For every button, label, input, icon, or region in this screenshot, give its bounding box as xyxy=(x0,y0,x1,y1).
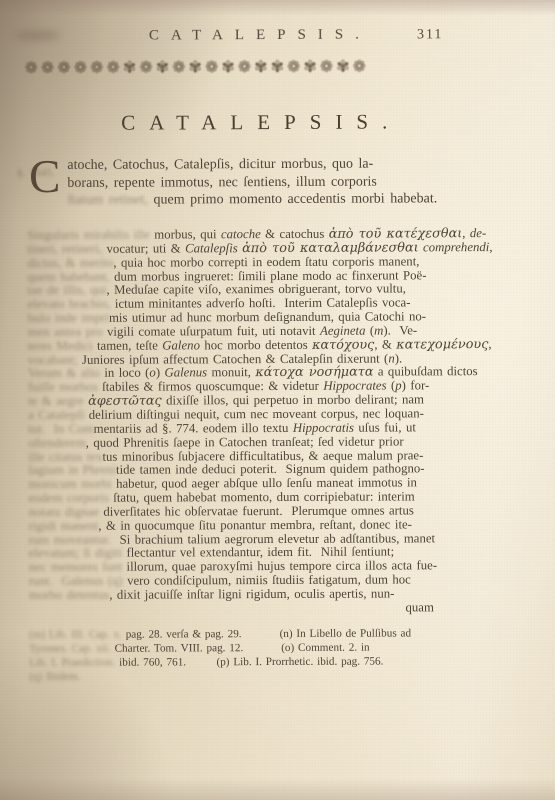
line-text: , quia hoc morbo correpti in eodem ſtatu… xyxy=(113,254,419,269)
intro-line: atoche, Catochus, Catalepſis, dicitur mo… xyxy=(27,155,484,174)
faded-fragment: fuiſſe morbos xyxy=(28,380,98,394)
faded-fragment: elevatum; ſi digiti xyxy=(29,546,122,560)
line-text: , Meduſae capite viſo, exanimes obriguer… xyxy=(106,282,406,297)
line-text: flectantur vel extendantur, idem fit. Ni… xyxy=(122,545,394,560)
faded-fragment: (q) Ibidem. xyxy=(29,671,80,683)
intro-line: borans, repente immotus, nec ſentiens, i… xyxy=(27,173,484,192)
faded-fragment: Singularis mirabilis ille xyxy=(27,228,150,243)
line-text: habetur, quod aeger abſque ullo ſenſu ma… xyxy=(112,476,417,491)
faded-fragment: ille citatus tex xyxy=(28,449,102,463)
faded-fragment: elevato brachio, xyxy=(28,297,111,311)
intro-line-text: quem primo momento accedentis morbi habe… xyxy=(148,191,437,207)
margin-section-note: §. 1045. xyxy=(17,165,55,183)
faded-fragment: te & aegre xyxy=(28,394,84,408)
faded-fragment: (m) Lib. III. Cap. x. xyxy=(29,629,122,641)
page-title: CATALEPSIS. xyxy=(27,109,482,136)
footnote-text: Charter. Tom. VIII. pag. 12. (o) Comment… xyxy=(111,642,370,655)
faded-fragment: teres Medici xyxy=(28,339,93,353)
line-text: tamen, teſte Galeno hoc morbo detentos κ… xyxy=(93,337,492,353)
body-text-block: Singularis mirabilis ille morbus, qui ca… xyxy=(27,227,486,617)
page-content: CATALEPSIS. 311 ❁❁❁❁❁❁✾❁✾❁✾❁✾❁✾✾❁✾❁✾❁ CA… xyxy=(0,0,555,800)
faded-fragment: tineri, retineri, xyxy=(27,242,102,256)
running-title: CATALEPSIS. xyxy=(26,26,481,45)
footnotes-block: (m) Lib. III. Cap. x. pag. 28. verſa & p… xyxy=(29,626,486,684)
faded-fragment: nec memores ſunt xyxy=(29,560,122,574)
footnote-line: (q) Ibidem. xyxy=(29,668,486,684)
faded-fragment: rum moveantur. xyxy=(29,532,111,546)
faded-fragment: monicum morbi xyxy=(28,477,111,491)
faded-fragment: eodem corporis xyxy=(28,491,109,505)
faded-fragment: Tyrones. Cap. xii. xyxy=(29,643,111,655)
faded-fragment: morbo detentus xyxy=(29,588,110,602)
page-header: CATALEPSIS. 311 xyxy=(26,26,481,48)
line-text: tide tamen inde deduci poterit. Signum q… xyxy=(116,462,425,477)
faded-fragment: Lib. I. Praediction. xyxy=(29,657,115,669)
faded-fragment: tae de illis, qui xyxy=(27,283,106,297)
faded-fragment: ſtatum retinet, xyxy=(67,193,148,208)
faded-fragment: quem habebant, xyxy=(27,269,109,283)
faded-fragment: ſagium in Phreni xyxy=(28,463,116,477)
line-text: ſtatu, quem habebat momento, dum corripi… xyxy=(109,489,415,504)
book-page-photo: CATALEPSIS. 311 ❁❁❁❁❁❁✾❁✾❁✾❁✾❁✾✾❁✾❁✾❁ CA… xyxy=(0,0,555,800)
faded-fragment: tur. In Com xyxy=(28,422,94,436)
faded-fragment: a Catalepſi xyxy=(28,408,84,422)
faded-fragment: bulo inde impri xyxy=(28,311,109,325)
faded-fragment: dictus, & merito xyxy=(27,255,113,269)
faded-fragment: runt. Galenus (q) xyxy=(29,574,123,588)
faded-fragment: oſtenderem xyxy=(28,435,86,449)
line-text: , dixit jacuiſſe inſtar ligni rigidum, o… xyxy=(109,586,394,601)
footnote-list: (m) Lib. III. Cap. x. pag. 28. verſa & p… xyxy=(29,626,486,684)
faded-fragment: Verum & alio xyxy=(28,366,100,380)
footnote-text: pag. 28. verſa & pag. 29. (n) In Libello… xyxy=(122,627,411,640)
faded-fragment: men antea pro xyxy=(28,325,103,339)
line-text: vocatur; uti & Catalepſis ἀπὸ τοῦ καταλα… xyxy=(102,240,493,256)
body-paragraph: Singularis mirabilis ille morbus, qui ca… xyxy=(27,227,486,603)
footnote-text: ibid. 760, 761. (p) Lib. I. Prorrhetic. … xyxy=(115,656,383,669)
fleuron-ornament-band: ❁❁❁❁❁❁✾❁✾❁✾❁✾❁✾✾❁✾❁✾❁ xyxy=(25,56,449,77)
faded-fragment: notatu dignae xyxy=(28,505,99,519)
page-number: 311 xyxy=(417,27,444,43)
line-text: vero condiſcipulum, nimiis ſtudiis fatig… xyxy=(123,573,411,588)
faded-fragment: vocabant; xyxy=(28,352,78,366)
catchword: quam xyxy=(29,601,486,617)
intro-line: ſtatum retinet, quem primo momento acced… xyxy=(27,190,484,209)
intro-paragraph: §. 1045. C atoche, Catochus, Catalepſis,… xyxy=(27,155,484,209)
faded-fragment: rigidi manent xyxy=(29,519,99,533)
line-text: ictum minitantes adverſo hoſti. Interim … xyxy=(110,296,410,311)
